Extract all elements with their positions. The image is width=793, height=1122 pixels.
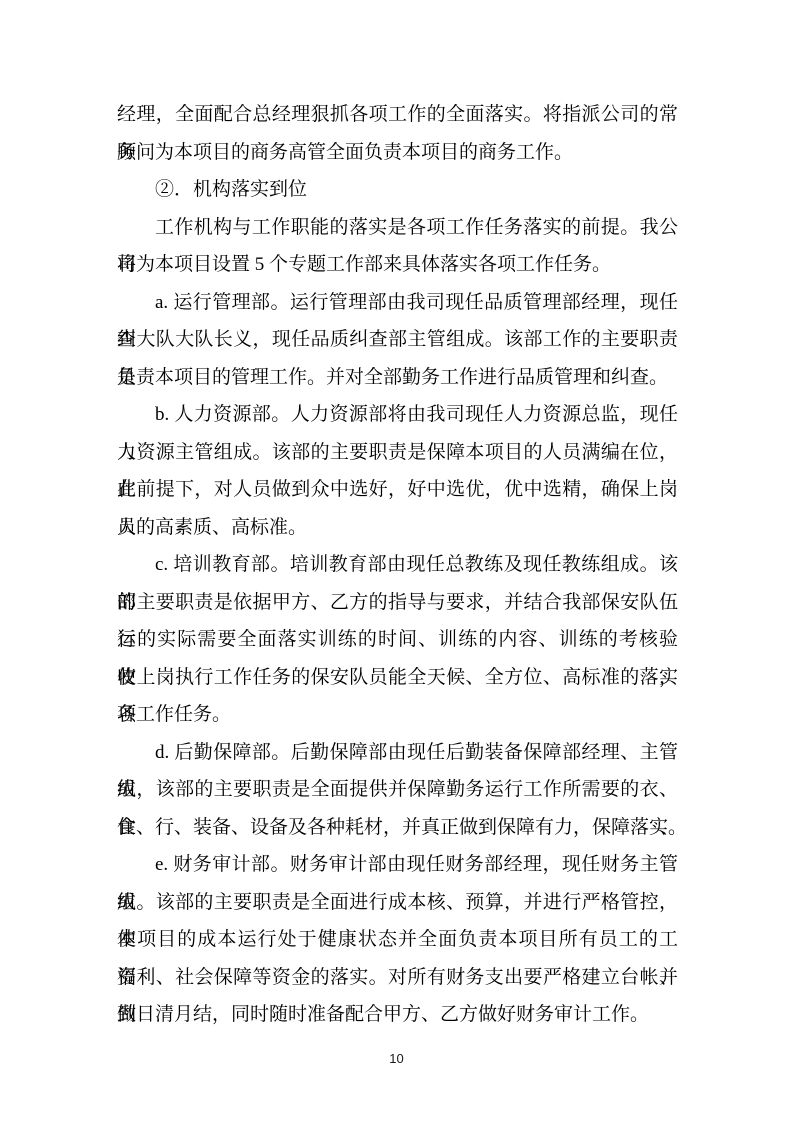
text-line: 项工作任务。 — [117, 696, 678, 734]
text-line: 住、行、装备、设备及各种耗材，并真正做到保障有力，保障落实。 — [117, 809, 678, 847]
page-footer: 10 — [0, 1050, 793, 1068]
text-line: e. 财务审计部。财务审计部由现任财务部经理，现任财务主管组 — [117, 846, 678, 884]
text-line: b. 人力资源部。人力资源部将由我司现任人力资源总监，现任人 — [117, 396, 678, 434]
text-line: d. 后勤保障部。后勤保障部由现任后勤装备保障部经理、主管组 — [117, 734, 678, 772]
text-line: 力资源主管组成。该部的主要职责是保障本项目的人员满编在位，在 — [117, 434, 678, 472]
text-line: 的主要职责是依据甲方、乙方的指导与要求，并结合我部保安队伍运 — [117, 584, 678, 622]
text-line: 成，该部的主要职责是全面提供并保障勤务运行工作所需要的衣、食、 — [117, 771, 678, 809]
text-line: 成。该部的主要职责是全面进行成本核、预算，并进行严格管控，使 — [117, 884, 678, 922]
text-line: 经理，全面配合总经理狠抓各项工作的全面落实。将指派公司的常务 — [117, 96, 678, 134]
text-line: 本项目的成本运行处于健康状态并全面负责本项目所有员工的工资、 — [117, 921, 678, 959]
text-line: 将为本项目设置 5 个专题工作部来具体落实各项工作任务。 — [117, 246, 678, 284]
text-line: c. 培训教育部。培训教育部由现任总教练及现任教练组成。该部 — [117, 546, 678, 584]
text-line: 顾问为本项目的商务高管全面负责本项目的商务工作。 — [117, 134, 678, 172]
text-line: 使上岗执行工作任务的保安队员能全天候、全方位、高标准的落实各 — [117, 659, 678, 697]
text-line: 此前提下，对人员做到众中选好，好中选优，优中选精，确保上岗人 — [117, 471, 678, 509]
text-line: 福利、社会保障等资金的落实。对所有财务支出要严格建立台帐并做 — [117, 959, 678, 997]
text-line: 查大队大队长义，现任品质纠查部主管组成。该部工作的主要职责是 — [117, 321, 678, 359]
text-line: 负责本项目的管理工作。并对全部勤务工作进行品质管理和纠查。 — [117, 359, 678, 397]
document-body: 经理，全面配合总经理狠抓各项工作的全面落实。将指派公司的常务 顾问为本项目的商务… — [117, 96, 678, 1034]
text-line: a. 运行管理部。运行管理部由我司现任品质管理部经理，现任纠 — [117, 284, 678, 322]
section-heading: ②．机构落实到位 — [117, 171, 678, 209]
text-line: 工作机构与工作职能的落实是各项工作任务落实的前提。我公司 — [117, 209, 678, 247]
text-line: 行的实际需要全面落实训练的时间、训练的内容、训练的考核验收， — [117, 621, 678, 659]
document-page: 经理，全面配合总经理狠抓各项工作的全面落实。将指派公司的常务 顾问为本项目的商务… — [0, 0, 793, 1122]
text-line: 到日清月结，同时随时准备配合甲方、乙方做好财务审计工作。 — [117, 996, 678, 1034]
page-number: 10 — [389, 1051, 403, 1066]
text-line: 员的高素质、高标准。 — [117, 509, 678, 547]
